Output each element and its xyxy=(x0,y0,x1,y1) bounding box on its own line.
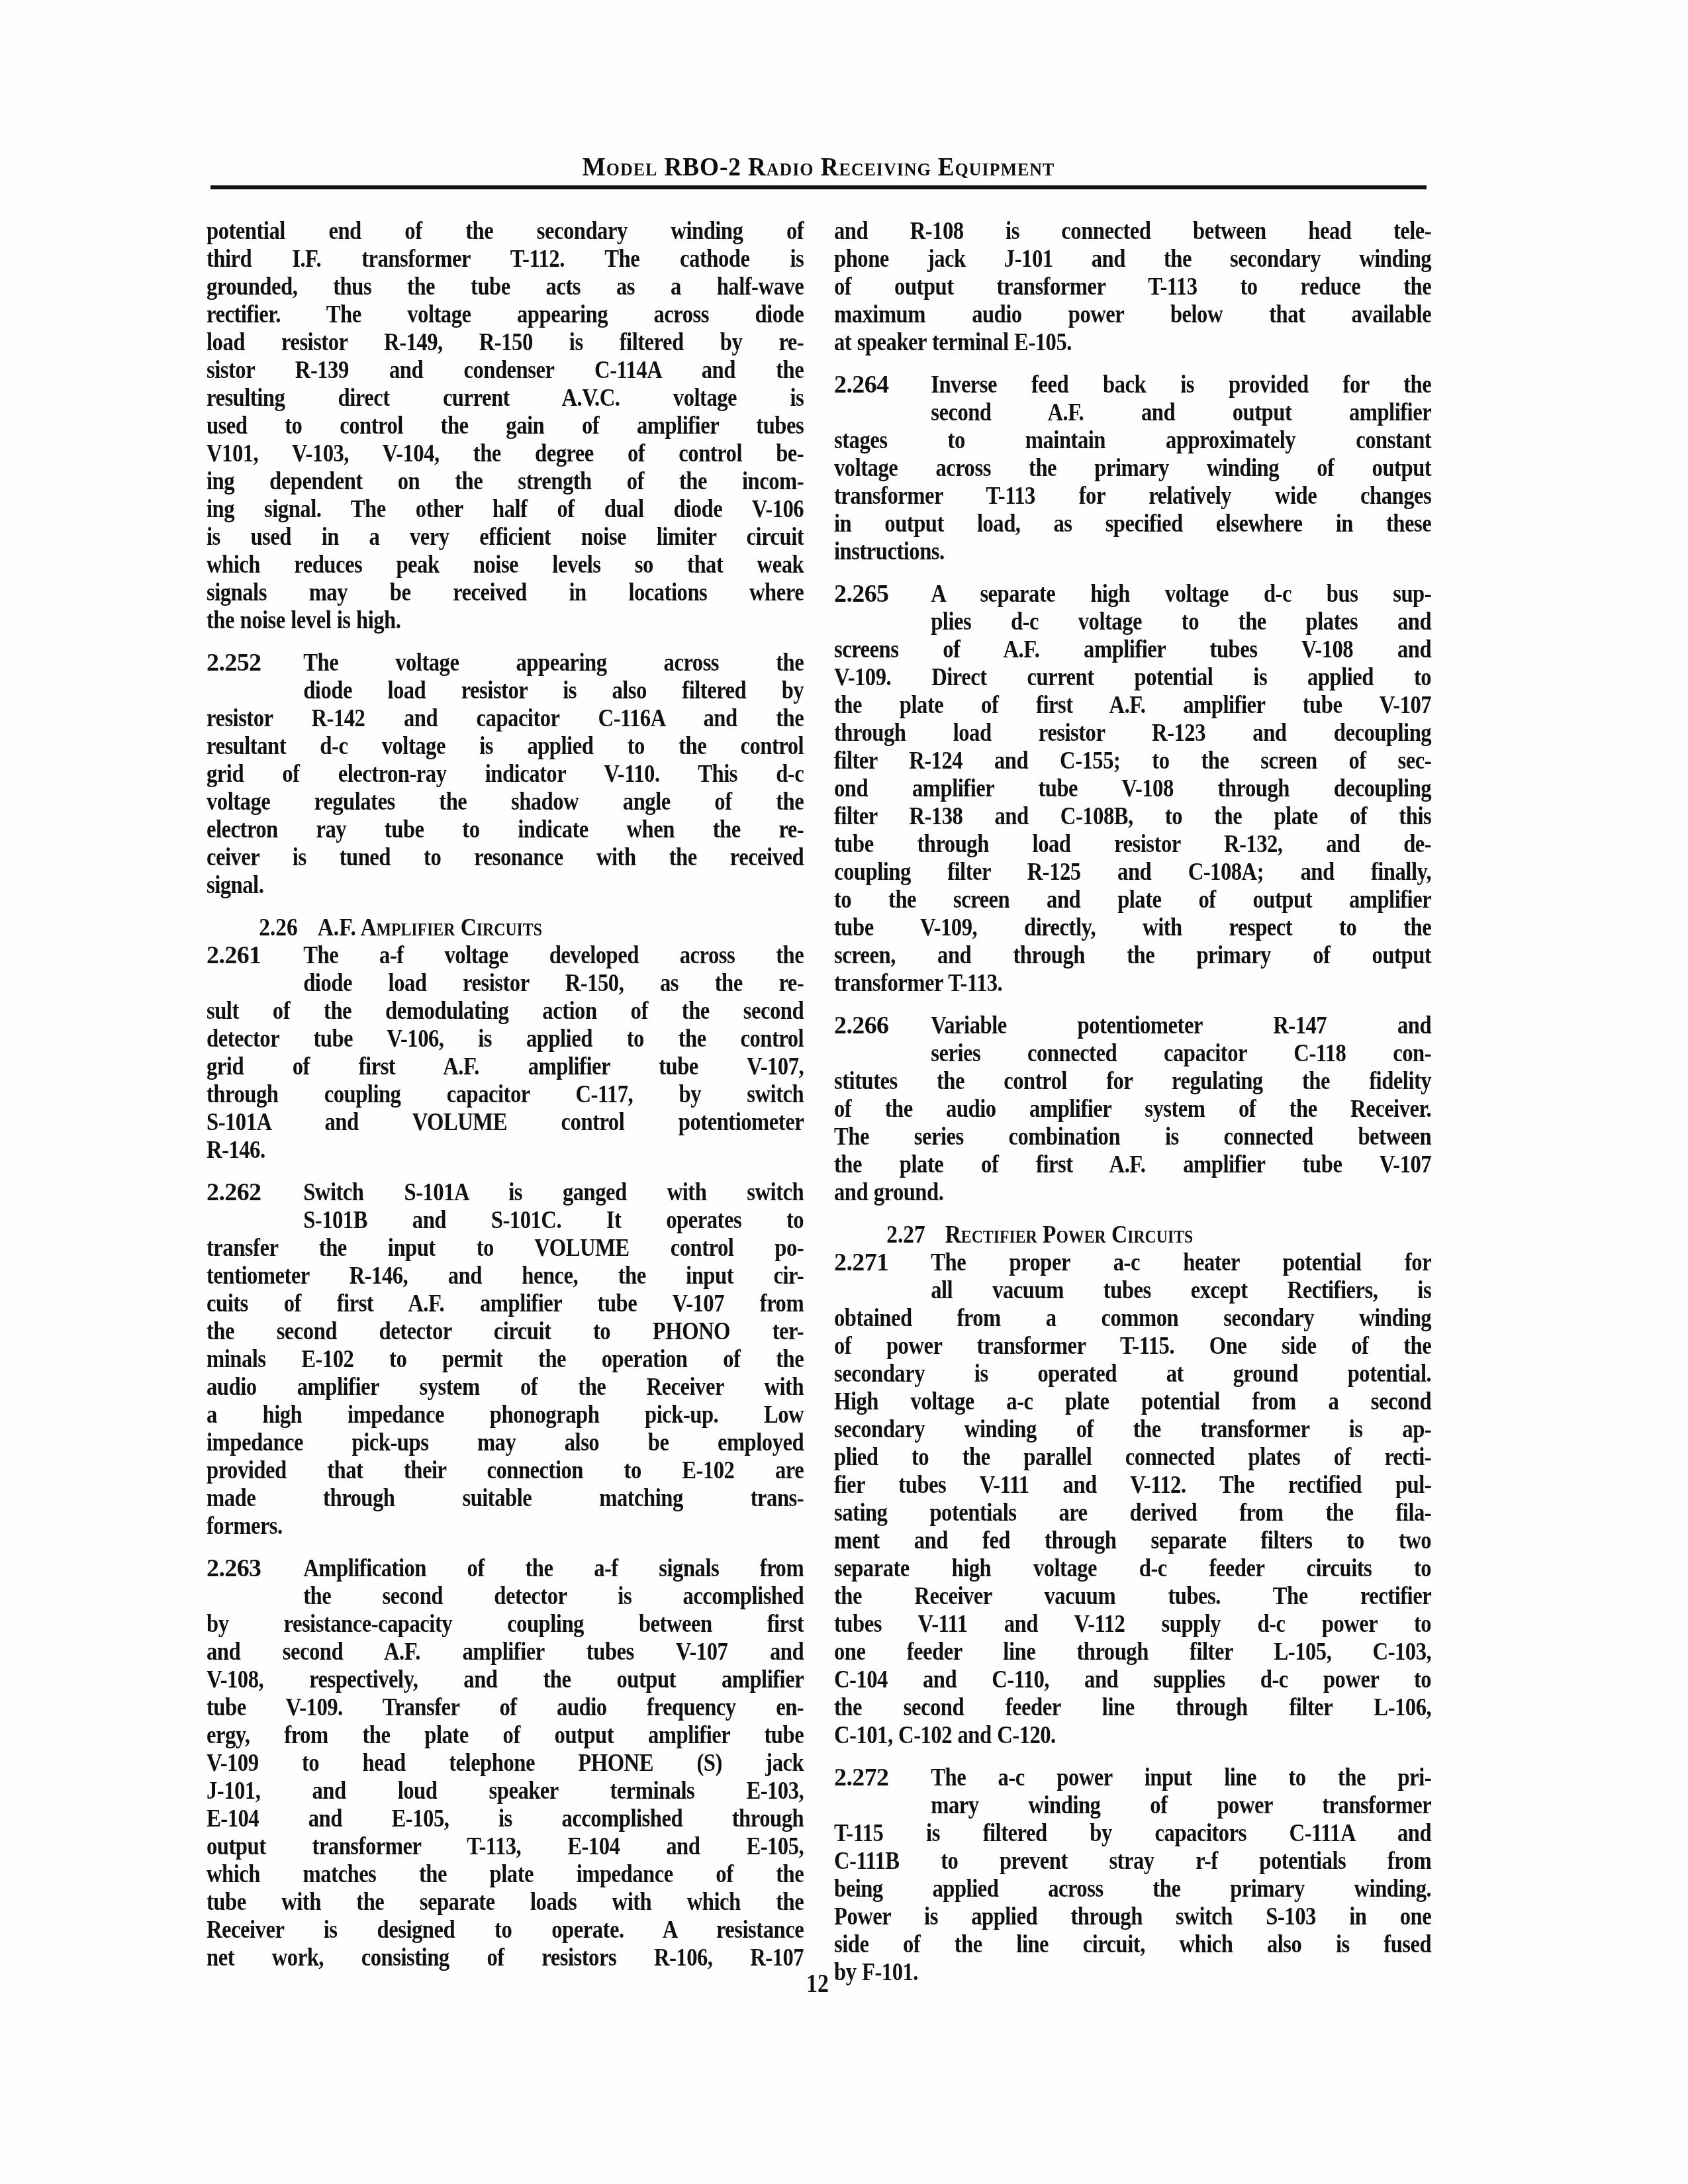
text-line: the noise level is high. xyxy=(207,606,804,634)
text-line: and second A.F. amplifier tubes V-107 an… xyxy=(207,1638,804,1666)
text-line: diode load resistor is also filtered by xyxy=(207,677,804,704)
text-line: diode load resistor R-150, as the re- xyxy=(207,969,804,997)
text-line: instructions. xyxy=(834,538,1431,565)
paragraph-2-272: 2.272The a-c power input line to the pri… xyxy=(834,1764,1431,1986)
text-line: tube V-109, directly, with respect to th… xyxy=(834,914,1431,941)
text-line: V-109. Direct current potential is appli… xyxy=(834,663,1431,691)
text-line: ment and fed through separate filters to… xyxy=(834,1527,1431,1554)
paragraph-2-266: 2.266Variable potentiometer R-147 andser… xyxy=(834,1012,1431,1206)
text-line: fier tubes V-111 and V-112. The rectifie… xyxy=(834,1471,1431,1499)
text-line: ond amplifier tube V-108 through decoupl… xyxy=(834,775,1431,802)
text-line: all vacuum tubes except Rectifiers, is xyxy=(834,1276,1431,1304)
text-line: S-101A and VOLUME control potentiometer xyxy=(207,1108,804,1136)
text-line: S-101B and S-101C. It operates to xyxy=(207,1206,804,1234)
text-line: phone jack J-101 and the secondary windi… xyxy=(834,245,1431,273)
text-line: sating potentials are derived from the f… xyxy=(834,1499,1431,1527)
text-line: transformer T-113 for relatively wide ch… xyxy=(834,482,1431,510)
text-line: the second detector is accomplished xyxy=(207,1582,804,1610)
text-line: side of the line circuit, which also is … xyxy=(834,1930,1431,1958)
section-number: 2.26 xyxy=(259,914,298,941)
text-line: coupling filter R-125 and C-108A; and fi… xyxy=(834,858,1431,886)
text-line: mary winding of power transformer xyxy=(834,1791,1431,1819)
text-line: signals may be received in locations whe… xyxy=(207,579,804,606)
text-line: C-111B to prevent stray r-f potentials f… xyxy=(834,1847,1431,1875)
paragraph-continuation: and R-108 is connected between head tele… xyxy=(834,217,1431,356)
text-line: Receiver is designed to operate. A resis… xyxy=(207,1916,804,1944)
text-line: to the screen and plate of output amplif… xyxy=(834,886,1431,914)
text-line: voltage regulates the shadow angle of th… xyxy=(207,788,804,816)
text-line: formers. xyxy=(207,1512,804,1540)
text-line: one feeder line through filter L-105, C-… xyxy=(834,1638,1431,1666)
section-heading: 2.27Rectifier Power Circuits xyxy=(834,1221,1360,1249)
text-line: secondary is operated at ground potentia… xyxy=(834,1360,1431,1388)
paragraph-2-271: 2.271The proper a-c heater potential for… xyxy=(834,1249,1431,1749)
text-line: transfer the input to VOLUME control po- xyxy=(207,1234,804,1262)
text-line: provided that their connection to E-102 … xyxy=(207,1456,804,1484)
text-line: tubes V-111 and V-112 supply d-c power t… xyxy=(834,1610,1431,1638)
paragraph-continuation: potential end of the secondary winding o… xyxy=(207,217,804,634)
text-line: the Receiver vacuum tubes. The rectifier xyxy=(834,1582,1431,1610)
text-line: 2.252The voltage appearing across the xyxy=(207,649,804,677)
paragraph-2-265: 2.265A separate high voltage d-c bus sup… xyxy=(834,580,1431,997)
text-line: rectifier. The voltage appearing across … xyxy=(207,301,804,328)
text-line: filter R-124 and C-155; to the screen of… xyxy=(834,747,1431,775)
right-column: and R-108 is connected between head tele… xyxy=(834,217,1431,2001)
text-line: screens of A.F. amplifier tubes V-108 an… xyxy=(834,636,1431,663)
text-line: the second detector circuit to PHONO ter… xyxy=(207,1317,804,1345)
text-line: sult of the demodulating action of the s… xyxy=(207,997,804,1025)
paragraph-2-264: 2.264Inverse feed back is provided for t… xyxy=(834,371,1431,565)
text-line: E-104 and E-105, is accomplished through xyxy=(207,1805,804,1832)
text-line: sistor R-139 and condenser C-114A and th… xyxy=(207,356,804,384)
text-line: 2.262Switch S-101A is ganged with switch xyxy=(207,1178,804,1206)
text-line: stages to maintain approximately constan… xyxy=(834,426,1431,454)
text-line: ergy, from the plate of output amplifier… xyxy=(207,1721,804,1749)
text-line: 2.264Inverse feed back is provided for t… xyxy=(834,371,1431,399)
text-line: T-115 is filtered by capacitors C-111A a… xyxy=(834,1819,1431,1847)
text-line: plied to the parallel connected plates o… xyxy=(834,1443,1431,1471)
text-line: resistor R-142 and capacitor C-116A and … xyxy=(207,704,804,732)
text-line: V101, V-103, V-104, the degree of contro… xyxy=(207,440,804,467)
text-line: of output transformer T-113 to reduce th… xyxy=(834,273,1431,301)
paragraph-2-252: 2.252The voltage appearing across thedio… xyxy=(207,649,804,899)
text-line: voltage across the primary winding of ou… xyxy=(834,454,1431,482)
text-line: the plate of first A.F. amplifier tube V… xyxy=(834,691,1431,719)
text-line: C-104 and C-110, and supplies d-c power … xyxy=(834,1666,1431,1693)
text-line: cuits of first A.F. amplifier tube V-107… xyxy=(207,1290,804,1317)
text-line: of the audio amplifier system of the Rec… xyxy=(834,1095,1431,1123)
text-line: detector tube V-106, is applied to the c… xyxy=(207,1025,804,1053)
text-line: V-109 to head telephone PHONE (S) jack xyxy=(207,1749,804,1777)
text-line: High voltage a-c plate potential from a … xyxy=(834,1388,1431,1415)
text-line: tube with the separate loads with which … xyxy=(207,1888,804,1916)
section-number: 2.27 xyxy=(886,1221,925,1249)
running-header: Model RBO-2 Radio Receiving Equipment xyxy=(253,151,1383,182)
text-line: by F-101. xyxy=(834,1958,1431,1986)
text-line: C-101, C-102 and C-120. xyxy=(834,1721,1431,1749)
text-line: Power is applied through switch S-103 in… xyxy=(834,1903,1431,1930)
text-line: audio amplifier system of the Receiver w… xyxy=(207,1373,804,1401)
text-line: impedance pick-ups may also be employed xyxy=(207,1429,804,1456)
text-line: screen, and through the primary of outpu… xyxy=(834,941,1431,969)
text-line: ceiver is tuned to resonance with the re… xyxy=(207,843,804,871)
text-line: R-146. xyxy=(207,1136,804,1164)
text-line: which matches the plate impedance of the xyxy=(207,1860,804,1888)
text-line: stitutes the control for regulating the … xyxy=(834,1067,1431,1095)
text-line: 2.263Amplification of the a-f signals fr… xyxy=(207,1554,804,1582)
text-line: the second feeder line through filter L-… xyxy=(834,1693,1431,1721)
text-line: through load resistor R-123 and decoupli… xyxy=(834,719,1431,747)
text-line: potential end of the secondary winding o… xyxy=(207,217,804,245)
paragraph-2-263: 2.263Amplification of the a-f signals fr… xyxy=(207,1554,804,1971)
section-title: A.F. Amplifier Circuits xyxy=(318,914,542,941)
text-line: maximum audio power below that available xyxy=(834,301,1431,328)
text-line: used to control the gain of amplifier tu… xyxy=(207,412,804,440)
text-line: in output load, as specified elsewhere i… xyxy=(834,510,1431,538)
text-line: 2.261The a-f voltage developed across th… xyxy=(207,941,804,969)
document-page: Model RBO-2 Radio Receiving Equipment po… xyxy=(0,0,1688,2184)
text-line: the plate of first A.F. amplifier tube V… xyxy=(834,1151,1431,1178)
text-line: which reduces peak noise levels so that … xyxy=(207,551,804,579)
text-line: tube through load resistor R-132, and de… xyxy=(834,830,1431,858)
text-line: 2.266Variable potentiometer R-147 and xyxy=(834,1012,1431,1039)
header-rule xyxy=(211,185,1427,189)
text-line: tentiometer R-146, and hence, the input … xyxy=(207,1262,804,1290)
text-line: of power transformer T-115. One side of … xyxy=(834,1332,1431,1360)
text-line: and R-108 is connected between head tele… xyxy=(834,217,1431,245)
text-line: V-108, respectively, and the output ampl… xyxy=(207,1666,804,1693)
text-line: resultant d-c voltage is applied to the … xyxy=(207,732,804,760)
text-line: resulting direct current A.V.C. voltage … xyxy=(207,384,804,412)
text-line: The series combination is connected betw… xyxy=(834,1123,1431,1151)
page-number: 12 xyxy=(801,1968,835,1999)
text-line: by resistance-capacity coupling between … xyxy=(207,1610,804,1638)
text-line: made through suitable matching trans- xyxy=(207,1484,804,1512)
text-line: a high impedance phonograph pick-up. Low xyxy=(207,1401,804,1429)
text-line: plies d-c voltage to the plates and xyxy=(834,608,1431,636)
text-line: transformer T-113. xyxy=(834,969,1431,997)
text-line: ing dependent on the strength of the inc… xyxy=(207,467,804,495)
text-line: 2.271The proper a-c heater potential for xyxy=(834,1249,1431,1276)
text-line: 2.265A separate high voltage d-c bus sup… xyxy=(834,580,1431,608)
text-line: secondary winding of the transformer is … xyxy=(834,1415,1431,1443)
text-line: and ground. xyxy=(834,1178,1431,1206)
text-line: 2.272The a-c power input line to the pri… xyxy=(834,1764,1431,1791)
paragraph-2-262: 2.262Switch S-101A is ganged with switch… xyxy=(207,1178,804,1540)
text-line: load resistor R-149, R-150 is filtered b… xyxy=(207,328,804,356)
text-line: filter R-138 and C-108B, to the plate of… xyxy=(834,802,1431,830)
text-line: obtained from a common secondary winding xyxy=(834,1304,1431,1332)
left-column: potential end of the secondary winding o… xyxy=(207,217,804,1986)
text-line: at speaker terminal E-105. xyxy=(834,328,1431,356)
text-line: separate high voltage d-c feeder circuit… xyxy=(834,1554,1431,1582)
text-line: J-101, and loud speaker terminals E-103, xyxy=(207,1777,804,1805)
text-line: through coupling capacitor C-117, by swi… xyxy=(207,1080,804,1108)
text-line: second A.F. and output amplifier xyxy=(834,399,1431,426)
section-heading: 2.26A.F. Amplifier Circuits xyxy=(207,914,732,941)
text-line: being applied across the primary winding… xyxy=(834,1875,1431,1903)
text-line: net work, consisting of resistors R-106,… xyxy=(207,1944,804,1971)
text-line: minals E-102 to permit the operation of … xyxy=(207,1345,804,1373)
text-line: tube V-109. Transfer of audio frequency … xyxy=(207,1693,804,1721)
text-line: series connected capacitor C-118 con- xyxy=(834,1039,1431,1067)
text-line: electron ray tube to indicate when the r… xyxy=(207,816,804,843)
text-line: ing signal. The other half of dual diode… xyxy=(207,495,804,523)
section-title: Rectifier Power Circuits xyxy=(945,1221,1194,1249)
text-line: third I.F. transformer T-112. The cathod… xyxy=(207,245,804,273)
text-line: is used in a very efficient noise limite… xyxy=(207,523,804,551)
text-line: grid of first A.F. amplifier tube V-107, xyxy=(207,1053,804,1080)
text-line: grounded, thus the tube acts as a half-w… xyxy=(207,273,804,301)
text-line: output transformer T-113, E-104 and E-10… xyxy=(207,1832,804,1860)
text-line: grid of electron-ray indicator V-110. Th… xyxy=(207,760,804,788)
text-line: signal. xyxy=(207,871,804,899)
paragraph-2-261: 2.261The a-f voltage developed across th… xyxy=(207,941,804,1164)
